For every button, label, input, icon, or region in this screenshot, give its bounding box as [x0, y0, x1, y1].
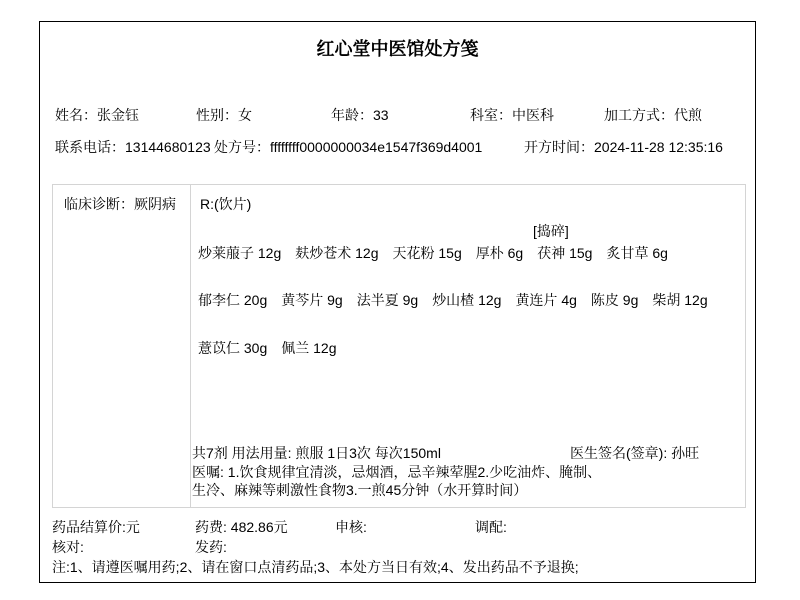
prescription-number-value: ffffffff0000000034e1547f369d4001	[270, 139, 482, 155]
medical-advice-line-2: 生冷、麻辣等刺激性食物3.一煎45分钟（水开算时间）	[192, 482, 527, 498]
prescription-time-label: 开方时间：	[524, 139, 594, 155]
herb-item: 黄芩片 9g	[281, 292, 342, 308]
prescription-number: 处方号：ffffffff0000000034e1547f369d4001	[214, 139, 482, 155]
medicine-fee: 药费: 482.86元	[195, 519, 288, 535]
processing-method: 加工方式：代煎	[604, 107, 702, 123]
patient-name: 姓名：张金钰	[55, 107, 139, 123]
usage-instructions: 共7剂 用法用量: 煎服 1日3次 每次150ml	[192, 445, 441, 461]
patient-department: 科室：中医科	[470, 107, 554, 123]
settlement-price-label: 药品结算价:	[52, 519, 126, 535]
doctor-signature-value: 孙旺	[671, 445, 699, 461]
doctor-signature: 医生签名(签章): 孙旺	[570, 445, 699, 461]
diagnosis-divider	[190, 184, 191, 508]
herb-item: 天花粉 15g	[393, 245, 462, 261]
patient-gender-value: 女	[238, 107, 252, 123]
patient-age: 年龄：33	[331, 107, 389, 123]
herb-item: 厚朴 6g	[476, 245, 523, 261]
patient-name-label: 姓名：	[55, 107, 97, 123]
clinical-diagnosis-value: 厥阴病	[134, 196, 176, 212]
rx-header: R:(饮片)	[200, 196, 251, 212]
herb-item: 黄连片 4g	[515, 292, 576, 308]
clinical-diagnosis: 临床诊断：厥阴病	[64, 196, 176, 212]
rx-annotation-crushed: [捣碎]	[533, 223, 569, 239]
herb-item: 麸炒苍术 12g	[295, 245, 378, 261]
footer-note: 注:1、请遵医嘱用药;2、请在窗口点清药品;3、本处方当日有效;4、发出药品不予…	[52, 559, 579, 575]
check-field: 核对:	[52, 539, 84, 555]
medical-advice-line-1: 医嘱: 1.饮食规律宜清淡，忌烟酒，忌辛辣荤腥2.少吃油炸、腌制、	[192, 464, 601, 480]
clinical-diagnosis-label: 临床诊断：	[64, 196, 134, 212]
herb-item: 陈皮 9g	[591, 292, 638, 308]
patient-age-value: 33	[373, 107, 389, 123]
dispense-field: 调配:	[475, 519, 507, 535]
herb-item: 郁李仁 20g	[198, 292, 267, 308]
herb-line-2: 郁李仁 20g黄芩片 9g法半夏 9g炒山楂 12g黄连片 4g陈皮 9g柴胡 …	[198, 292, 722, 308]
processing-method-label: 加工方式：	[604, 107, 674, 123]
settlement-price-value: 元	[126, 519, 140, 535]
patient-department-label: 科室：	[470, 107, 512, 123]
patient-phone: 联系电话：13144680123	[55, 139, 211, 155]
herb-item: 茯神 15g	[537, 245, 592, 261]
herb-item: 柴胡 12g	[652, 292, 707, 308]
herb-item: 佩兰 12g	[281, 340, 336, 356]
patient-age-label: 年龄：	[331, 107, 373, 123]
page-title: 红心堂中医馆处方笺	[39, 35, 756, 61]
review-field: 申核:	[335, 519, 367, 535]
patient-gender-label: 性别：	[196, 107, 238, 123]
patient-name-value: 张金钰	[97, 107, 139, 123]
herb-item: 薏苡仁 30g	[198, 340, 267, 356]
herb-item: 炒莱菔子 12g	[198, 245, 281, 261]
prescription-number-label: 处方号：	[214, 139, 270, 155]
herb-line-1: 炒莱菔子 12g麸炒苍术 12g天花粉 15g厚朴 6g茯神 15g炙甘草 6g	[198, 245, 682, 261]
medicine-fee-value: 482.86元	[231, 519, 288, 535]
herb-item: 法半夏 9g	[357, 292, 418, 308]
patient-gender: 性别：女	[196, 107, 252, 123]
doctor-signature-label: 医生签名(签章):	[570, 445, 671, 461]
prescription-time: 开方时间：2024-11-28 12:35:16	[524, 139, 723, 155]
herb-line-3: 薏苡仁 30g佩兰 12g	[198, 340, 351, 356]
settlement-price: 药品结算价:元	[52, 519, 140, 535]
medicine-fee-label: 药费:	[195, 519, 231, 535]
patient-phone-value: 13144680123	[125, 139, 211, 155]
processing-method-value: 代煎	[674, 107, 702, 123]
herb-item: 炙甘草 6g	[606, 245, 667, 261]
prescription-time-value: 2024-11-28 12:35:16	[594, 139, 723, 155]
issue-field: 发药:	[195, 539, 227, 555]
patient-phone-label: 联系电话：	[55, 139, 125, 155]
herb-item: 炒山楂 12g	[432, 292, 501, 308]
patient-department-value: 中医科	[512, 107, 554, 123]
